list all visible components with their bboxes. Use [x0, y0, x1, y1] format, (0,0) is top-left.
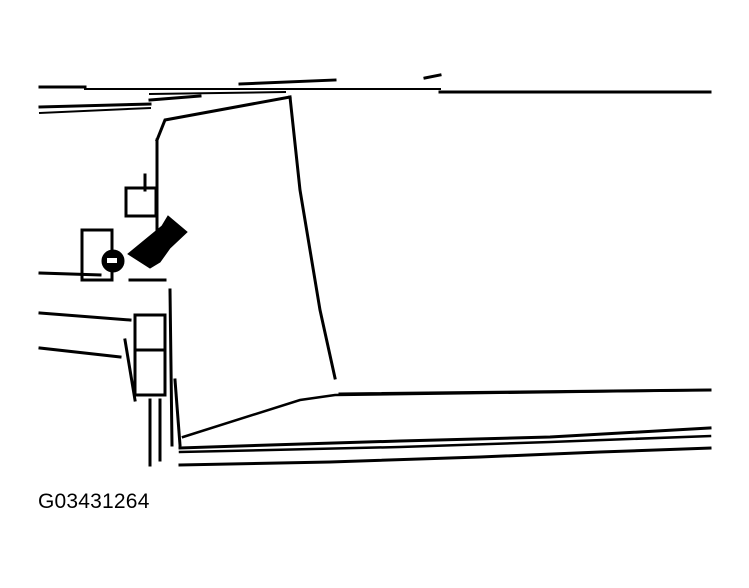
- left-lines: [40, 273, 130, 357]
- background-top-lines: [40, 75, 710, 113]
- figure-id-label: G03431264: [38, 490, 150, 514]
- housing-box: [157, 97, 710, 437]
